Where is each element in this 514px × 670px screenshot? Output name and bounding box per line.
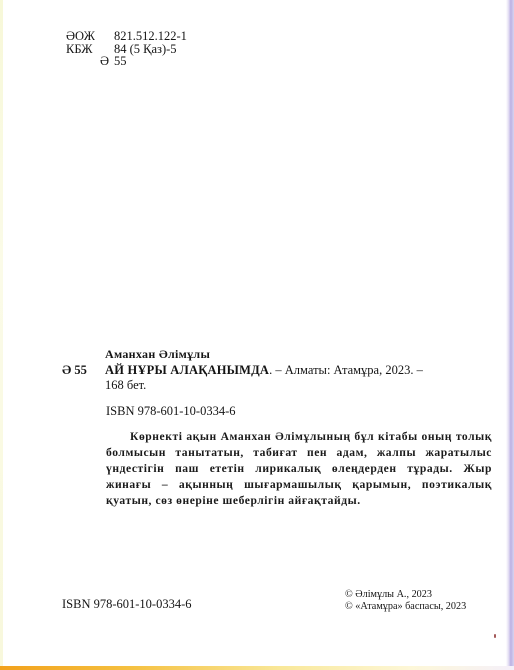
classification-block: ӘОЖ 821.512.122-1 КБЖ 84 (5 Қаз)-5 Ә 55	[66, 30, 187, 68]
copyright-block: © Әлімұлы А., 2023 © «Атамұра» баспасы, …	[345, 589, 466, 613]
scan-left-edge	[0, 0, 3, 670]
page-count: 168 бет.	[105, 378, 146, 393]
classification-row-udc: ӘОЖ 821.512.122-1	[66, 30, 187, 43]
author-sign-code: Ә 55	[62, 363, 87, 378]
scan-right-edge	[506, 0, 514, 670]
footer-isbn: ISBN 978-601-10-0334-6	[62, 597, 192, 612]
classification-key: Ә	[66, 55, 114, 68]
imprint-info: . – Алматы: Атамұра, 2023. –	[269, 363, 423, 377]
book-imprint-page: ӘОЖ 821.512.122-1 КБЖ 84 (5 Қаз)-5 Ә 55 …	[0, 0, 514, 670]
copyright-author: © Әлімұлы А., 2023	[345, 589, 466, 601]
isbn: ISBN 978-601-10-0334-6	[106, 404, 236, 419]
title-line: АЙ НҰРЫ АЛАҚАНЫМДА. – Алматы: Атамұра, 2…	[105, 363, 485, 378]
scan-bottom-edge	[0, 666, 514, 670]
annotation-paragraph: Көрнекті ақын Аманхан Әлімұлының бұл кіт…	[106, 429, 492, 509]
author-name: Аманхан Әлімұлы	[105, 347, 210, 362]
classification-value: 55	[114, 55, 127, 68]
scan-speck	[494, 634, 496, 638]
book-title: АЙ НҰРЫ АЛАҚАНЫМДА	[105, 363, 269, 377]
copyright-publisher: © «Атамұра» баспасы, 2023	[345, 601, 466, 613]
classification-row-author-sign: Ә 55	[66, 55, 187, 68]
classification-value: 821.512.122-1	[114, 30, 187, 43]
classification-key: ӘОЖ	[66, 30, 114, 43]
